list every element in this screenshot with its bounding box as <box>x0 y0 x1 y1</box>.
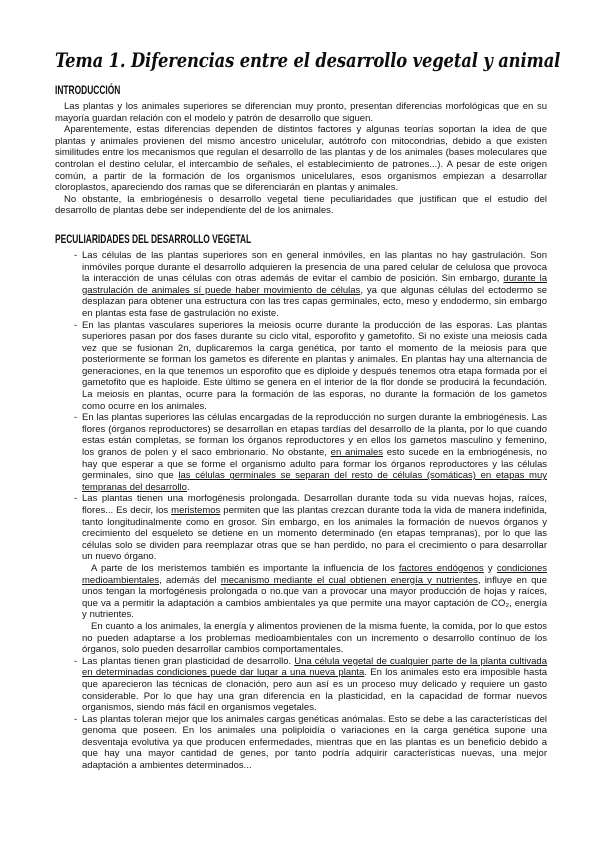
list-item: -Las plantas tienen una morfogénesis pro… <box>55 493 547 655</box>
bullet-marker: - <box>74 412 77 424</box>
bullet-marker: - <box>74 320 77 332</box>
section-peculiaridades: PECULIARIDADES DEL DESARROLLO VEGETAL-La… <box>55 230 547 772</box>
paragraph: En cuanto a los animales, la energía y a… <box>82 621 547 656</box>
list-item-body: Las plantas toleran mejor que los animal… <box>82 714 547 772</box>
underlined-text: mecanismo mediante el cual obtienen ener… <box>221 575 478 586</box>
paragraph: No obstante, la embriogénesis o desarrol… <box>55 194 547 217</box>
list-item-body: Las plantas tienen una morfogénesis prol… <box>82 493 547 655</box>
section-heading: PECULIARIDADES DEL DESARROLLO VEGETAL <box>55 233 251 246</box>
document-title: Tema 1. Diferencias entre el desarrollo … <box>55 47 458 74</box>
text-run: Las plantas toleran mejor que los animal… <box>82 714 547 771</box>
bullet-marker: - <box>74 656 77 668</box>
paragraph: En las plantas vasculares superiores la … <box>82 320 547 413</box>
paragraph: A parte de los meristemos también es imp… <box>82 563 547 621</box>
list-item-body: En las plantas superiores las células en… <box>82 412 547 493</box>
bullet-marker: - <box>74 493 77 505</box>
underlined-text: meristemos <box>171 505 220 516</box>
bullet-marker: - <box>74 714 77 726</box>
text-run: A parte de los meristemos también es imp… <box>91 563 399 574</box>
list-item-body: Las células de las plantas superiores so… <box>82 250 547 320</box>
paragraph: Aparentemente, estas diferencias depende… <box>55 124 547 194</box>
text-run: Las células de las plantas superiores so… <box>82 250 547 284</box>
text-run: En cuanto a los animales, la energía y a… <box>82 621 547 655</box>
text-run: . <box>187 482 190 493</box>
text-run: En las plantas vasculares superiores la … <box>82 320 547 412</box>
list-item-body: Las plantas tienen gran plasticidad de d… <box>82 656 547 714</box>
paragraph: Las plantas tienen gran plasticidad de d… <box>82 656 547 714</box>
list-item: -En las plantas vasculares superiores la… <box>55 320 547 413</box>
underlined-text: factores endógenos <box>399 563 484 574</box>
list-item-body: En las plantas vasculares superiores la … <box>82 320 547 413</box>
document-page: Tema 1. Diferencias entre el desarrollo … <box>0 0 600 848</box>
section-introduccion: INTRODUCCIÓNLas plantas y los animales s… <box>55 81 547 217</box>
text-run: No obstante, la embriogénesis o desarrol… <box>55 194 547 217</box>
bullet-list: -Las células de las plantas superiores s… <box>55 250 547 772</box>
paragraph: En las plantas superiores las células en… <box>82 412 547 493</box>
paragraph: Las plantas tienen una morfogénesis prol… <box>82 493 547 563</box>
paragraph: Las plantas toleran mejor que los animal… <box>82 714 547 772</box>
document-body: INTRODUCCIÓNLas plantas y los animales s… <box>55 81 547 772</box>
text-run: Las plantas y los animales superiores se… <box>55 101 547 124</box>
list-item: -Las células de las plantas superiores s… <box>55 250 547 320</box>
bullet-marker: - <box>74 250 77 262</box>
section-heading-row: INTRODUCCIÓN <box>55 81 547 99</box>
list-item: -En las plantas superiores las células e… <box>55 412 547 493</box>
paragraph: Las plantas y los animales superiores se… <box>55 101 547 124</box>
list-item: -Las plantas tienen gran plasticidad de … <box>55 656 547 714</box>
text-run: , además del <box>159 575 221 586</box>
text-run: y <box>484 563 497 574</box>
text-run: Aparentemente, estas diferencias depende… <box>55 124 547 193</box>
text-run: Las plantas tienen gran plasticidad de d… <box>82 656 294 667</box>
list-item: -Las plantas toleran mejor que los anima… <box>55 714 547 772</box>
underlined-text: en animales <box>331 447 383 458</box>
section-heading: INTRODUCCIÓN <box>55 84 120 97</box>
paragraph: Las células de las plantas superiores so… <box>82 250 547 320</box>
section-heading-row: PECULIARIDADES DEL DESARROLLO VEGETAL <box>55 230 547 248</box>
